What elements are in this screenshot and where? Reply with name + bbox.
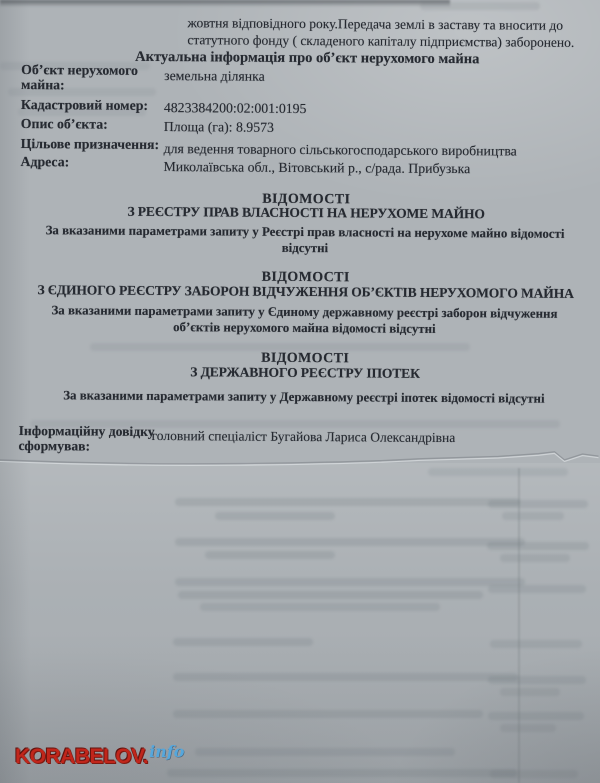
field-label-object: Об’єкт нерухомого майна: bbox=[21, 63, 173, 93]
field-label-purpose: Цільове призначення: bbox=[21, 137, 173, 153]
field-label-cadastre: Кадастровий номер: bbox=[21, 98, 173, 114]
author-value: головний спеціаліст Бугайова Лариса Олек… bbox=[152, 428, 580, 446]
section-body: За вказаними параметрами запиту у Реєстр… bbox=[20, 222, 590, 259]
field-label-description: Опис об’єкта: bbox=[21, 117, 173, 133]
section-body-line: За вказаними параметрами запиту у Держав… bbox=[19, 387, 589, 407]
photographed-document: жовтня відповідного року.Передача землі … bbox=[0, 0, 600, 783]
watermark-site-tld: info bbox=[149, 742, 184, 761]
field-value-description: Площа (га): 8.9573 bbox=[164, 119, 592, 137]
field-value-object: земельна ділянка bbox=[164, 68, 592, 86]
section-body: За вказаними параметрами запиту у Держав… bbox=[19, 387, 589, 407]
section-subheading: З ДЕРЖАВНОГО РЕЄСТРУ ІПОТЕК bbox=[19, 363, 591, 383]
section-body: За вказаними параметрами запиту у Єдином… bbox=[19, 302, 589, 339]
field-label-address: Адреса: bbox=[20, 155, 172, 171]
field-value-address: Миколаївська обл., Вітовський р., с/рада… bbox=[163, 159, 591, 177]
section-subheading: З РЕЄСТРУ ПРАВ ВЛАСНОСТІ НА НЕРУХОМЕ МАЙ… bbox=[20, 203, 592, 223]
field-value-cadastre: 4823384200:02:001:0195 bbox=[164, 100, 592, 118]
watermark: KORABELOV.info bbox=[15, 742, 184, 769]
intro-line: статутного фонду ( складеного капіталу п… bbox=[187, 31, 574, 51]
section-subheading: З ЄДИНОГО РЕЄСТРУ ЗАБОРОН ВІДЧУЖЕННЯ ОБ’… bbox=[20, 282, 592, 302]
field-value-purpose: для ведення товарного сільськогосподарсь… bbox=[164, 141, 592, 159]
section-body-line: об’єктів нерухомого майна відомості відс… bbox=[19, 318, 589, 338]
document-content: жовтня відповідного року.Передача землі … bbox=[0, 0, 600, 783]
watermark-site-name: KORABELOV. bbox=[15, 745, 148, 768]
section-body-line: відсутні bbox=[20, 238, 590, 258]
torn-paper-edge bbox=[0, 443, 599, 477]
intro-paragraph: жовтня відповідного року.Передача землі … bbox=[187, 14, 574, 51]
